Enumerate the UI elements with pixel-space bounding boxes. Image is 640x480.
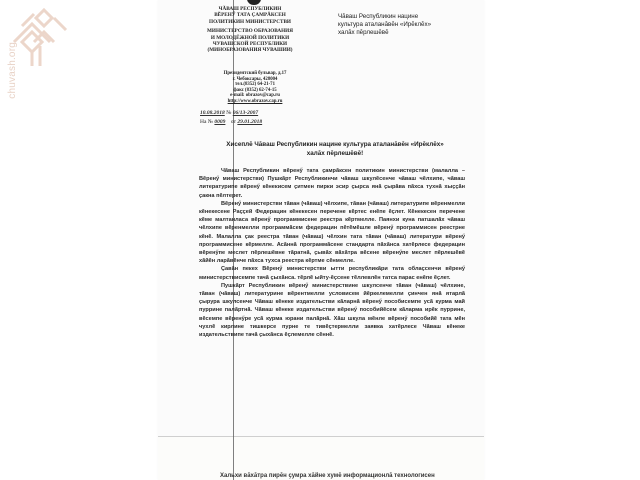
letterhead-line: ПОЛИТИКИН МИНИСТЕРСТВИ: [185, 19, 315, 25]
paragraph: Вĕренӳ министерстви тăван (чăваш) чĕлхип…: [199, 200, 465, 266]
reg-number: 06/13-2007: [233, 110, 258, 116]
salutation-line: Хисеплĕ Чăваш Республикин нацине культур…: [200, 141, 470, 150]
ref-date-label: от: [231, 119, 236, 125]
addressee-line: культура аталанăвĕн «Ирĕклĕх»: [338, 21, 468, 29]
letterhead-contacts: Президентский бульвар, д.17 г. Чебоксары…: [205, 71, 305, 105]
registration-line: 10.08.2018 № 06/13-2007: [200, 110, 258, 116]
paragraph: Пушкăрт Республикин вĕренӳ министерствин…: [199, 282, 465, 339]
letter-salutation: Хисеплĕ Чăваш Республикин нацине культур…: [200, 141, 470, 158]
ref-date: 29.01.2018: [237, 119, 262, 125]
reference-line: На № 0009 от 29.01.2018: [200, 119, 262, 125]
watermark-text: chuvash.org: [7, 42, 18, 99]
reg-date: 10.08.2018: [200, 110, 225, 116]
salutation-line: халăх пĕрлешĕвĕ!: [200, 150, 470, 159]
letterhead-chuvash: ЧĂВАШ РЕСПУБЛИКИН ВĔРЕНӲ ТАТА ÇАМРĂКСЕН …: [185, 6, 315, 25]
ref-no-label: На №: [200, 119, 213, 125]
reg-no-label: №: [226, 110, 231, 116]
chuvash-org-logo: chuvash.org: [4, 2, 68, 102]
letterhead-ministry: ЧĂВАШ РЕСПУБЛИКИН ВĔРЕНӲ ТАТА ÇАМРĂКСЕН …: [185, 6, 315, 57]
paragraph: Чăваш Республикин вĕренӳ тата çамрăксен …: [199, 167, 465, 200]
next-page-text: Хальхи вăхăтра пирĕн ҫумра хăйне хумĕ ин…: [220, 472, 480, 480]
paragraph: Çавăн пекех Вĕренӳ министерстви ытти рес…: [199, 265, 465, 281]
addressee-line: Чăваш Республикин нацине: [338, 13, 468, 21]
letterhead-line: (МИНОБРАЗОВАНИЯ ЧУВАШИИ): [185, 47, 315, 53]
ref-number: 0009: [214, 119, 225, 125]
addressee-block: Чăваш Республикин нацине культура аталан…: [338, 13, 468, 37]
letter-body: Чăваш Республикин вĕренӳ тата çамрăксен …: [199, 167, 465, 339]
website-line: http://www.obrazov.cap.ru: [205, 99, 305, 105]
letterhead-russian: МИНИСТЕРСТВО ОБРАЗОВАНИЯ И МОЛОДЁЖНОЙ ПО…: [185, 28, 315, 54]
addressee-line: халăх пĕрлешĕвĕ: [338, 29, 468, 37]
